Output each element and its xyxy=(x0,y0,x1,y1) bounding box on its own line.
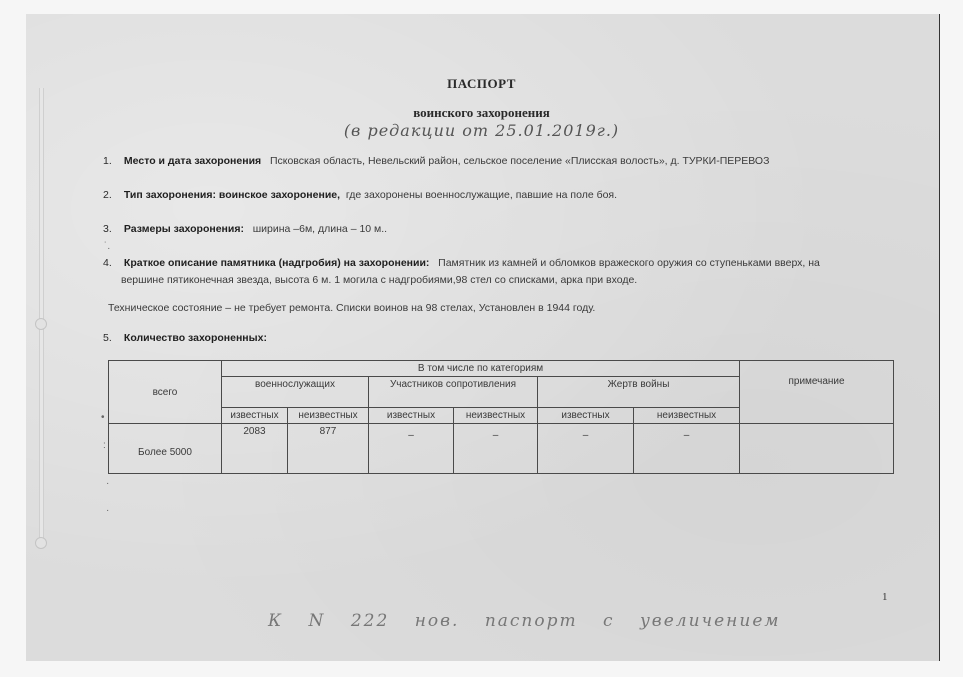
item-monument-description: 4. Краткое описание памятника (надгробия… xyxy=(103,257,820,269)
item-value: Памятник из камней и обломков вражеского… xyxy=(438,257,820,269)
scan-artifact: • xyxy=(101,412,105,423)
binding-knot xyxy=(35,318,47,330)
subheader-unknown: неизвестных xyxy=(288,408,369,424)
item-label: Краткое описание памятника (надгробия) н… xyxy=(124,257,429,269)
table-row: Более 5000 2083 877 – – – – xyxy=(109,424,894,474)
group-servicemen: военнослужащих xyxy=(222,377,369,408)
group-resistance: Участников сопротивления xyxy=(369,377,538,408)
header-total: всего xyxy=(109,361,222,424)
burial-count-table: всего В том числе по категориям примечан… xyxy=(108,360,894,474)
scan-artifact: · xyxy=(106,478,109,489)
subheader-unknown: неизвестных xyxy=(454,408,538,424)
cell-total: Более 5000 xyxy=(109,424,222,474)
cell-value: 2083 xyxy=(222,424,288,474)
cell-note xyxy=(740,424,894,474)
item-number: 5. xyxy=(103,332,121,344)
item-number: 4. xyxy=(103,257,121,269)
technical-state: Техническое состояние – не требует ремон… xyxy=(108,302,595,314)
document-title: ПАСПОРТ xyxy=(0,76,963,92)
binding-thread xyxy=(39,88,44,543)
scan-artifact: : xyxy=(103,440,106,451)
document-subtitle: воинского захоронения xyxy=(0,105,963,121)
item-value: где захоронены военнослужащие, павшие на… xyxy=(346,189,617,201)
item-label: Размеры захоронения: xyxy=(124,223,244,235)
scan-artifact: · xyxy=(106,505,109,516)
cell-value: – xyxy=(369,424,454,474)
header-categories: В том числе по категориям xyxy=(222,361,740,377)
handwritten-footer-note: К N 222 нов. паспорт с увеличением xyxy=(268,611,780,631)
item-value: Псковская область, Невельский район, сел… xyxy=(270,155,770,167)
item-label: Количество захороненных: xyxy=(124,332,267,344)
item-value: ширина –6м, длина – 10 м.. xyxy=(253,223,387,235)
item-label: Тип захоронения: воинское захоронение, xyxy=(124,189,340,201)
item-buried-count: 5. Количество захороненных: xyxy=(103,332,267,344)
subheader-known: известных xyxy=(222,408,288,424)
item-burial-size: 3. Размеры захоронения: ширина –6м, длин… xyxy=(103,223,387,235)
subheader-known: известных xyxy=(538,408,634,424)
group-war-victims: Жертв войны xyxy=(538,377,740,408)
scan-artifact: ˙. xyxy=(104,241,110,252)
cell-value: – xyxy=(454,424,538,474)
page-number: 1 xyxy=(882,591,888,603)
handwritten-revision-note: (в редакции от 25.01.2019г.) xyxy=(0,121,963,140)
cell-value: – xyxy=(634,424,740,474)
item-burial-place: 1. Место и дата захоронения Псковская об… xyxy=(103,155,769,167)
subheader-unknown: неизвестных xyxy=(634,408,740,424)
subheader-known: известных xyxy=(369,408,454,424)
item-monument-description-cont: вершине пятиконечная звезда, высота 6 м.… xyxy=(121,274,637,286)
binding-knot xyxy=(35,537,47,549)
cell-value: 877 xyxy=(288,424,369,474)
item-burial-type: 2. Тип захоронения: воинское захоронение… xyxy=(103,189,617,201)
header-note: примечание xyxy=(740,361,894,424)
item-number: 2. xyxy=(103,189,121,201)
item-label: Место и дата захоронения xyxy=(124,155,261,167)
cell-value: – xyxy=(538,424,634,474)
item-number: 1. xyxy=(103,155,121,167)
item-number: 3. xyxy=(103,223,121,235)
